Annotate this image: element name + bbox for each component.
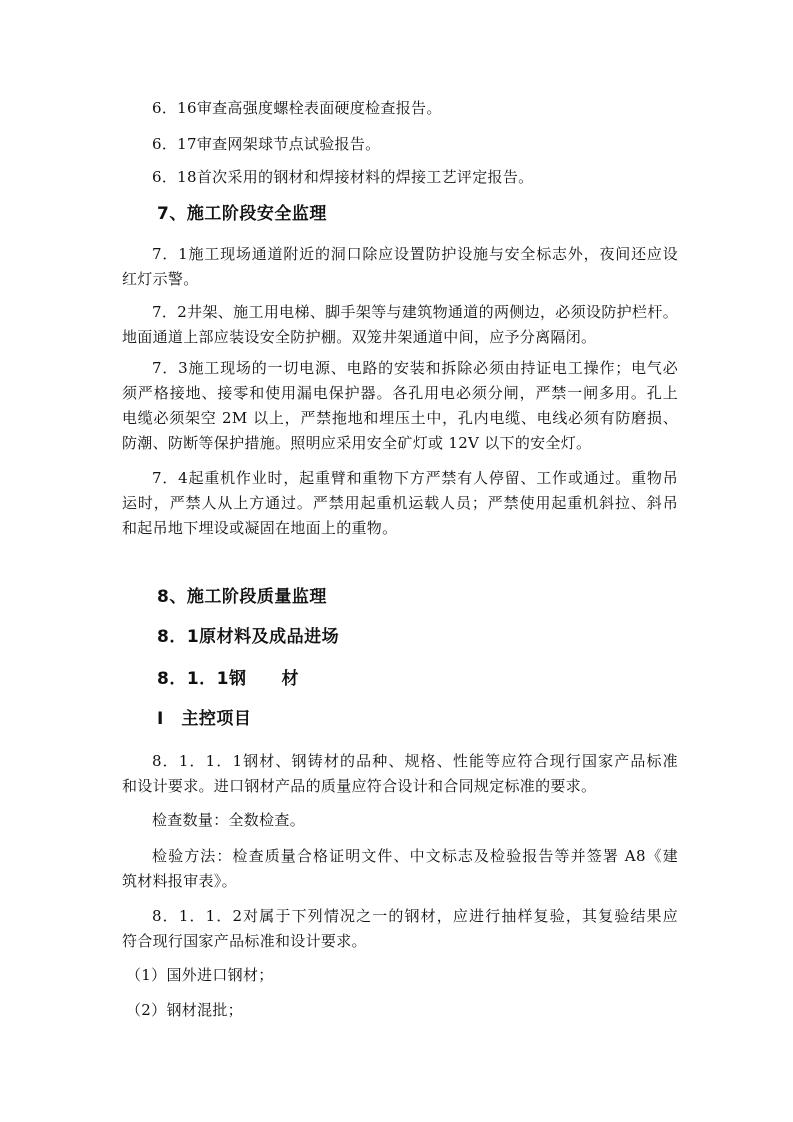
para-7-3-line1: 7．3施工现场的一切电源、电路的安装和拆除必须由持证电工操作；电气必 [152, 356, 678, 381]
section-8-1-heading: 8．1原材料及成品进场 [157, 625, 713, 650]
main-control-items-heading: Ⅰ 主控项目 [157, 707, 713, 732]
item-6-17: 6．17审查网架球节点试验报告。 [152, 132, 678, 157]
para-7-1-line2: 红灯示警。 [122, 267, 678, 292]
list-item-1: （1）国外进口钢材； [126, 963, 682, 988]
section-7-heading: 7、施工阶段安全监理 [157, 202, 713, 227]
section-8-heading: 8、施工阶段质量监理 [157, 585, 713, 610]
item-6-18: 6．18首次采用的钢材和焊接材料的焊接工艺评定报告。 [152, 165, 678, 190]
para-8-1-1-2-line2: 符合现行国家产品标准和设计要求。 [122, 929, 678, 954]
para-7-3-line4: 防潮、防断等保护措施。照明应采用安全矿灯或 12V 以下的安全灯。 [122, 431, 678, 456]
item-6-16: 6．16审查高强度螺栓表面硬度检查报告。 [152, 96, 678, 121]
para-7-2-line2: 地面通道上部应装设安全防护棚。双笼井架通道中间，应予分离隔闭。 [122, 325, 678, 350]
para-7-3-line2: 须严格接地、接零和使用漏电保护器。各孔用电必须分闸，严禁一闸多用。孔上 [122, 381, 678, 406]
inspection-quantity: 检查数量：全数检查。 [152, 808, 678, 833]
para-8-1-1-2-line1: 8．1．1．2对属于下列情况之一的钢材，应进行抽样复验，其复验结果应 [152, 904, 678, 929]
inspection-method-line1: 检验方法：检查质量合格证明文件、中文标志及检验报告等并签署 A8《建 [152, 844, 678, 869]
inspection-method-line2: 筑材料报审表》。 [122, 869, 678, 894]
para-7-4-line2: 运时，严禁人从上方通过。严禁用起重机运载人员；严禁使用起重机斜拉、斜吊 [122, 491, 678, 516]
para-7-2-line1: 7．2井架、施工用电梯、脚手架等与建筑物通道的两侧边，必须设防护栏杆。 [152, 300, 678, 325]
para-8-1-1-1-line1: 8．1．1．1钢材、钢铸材的品种、规格、性能等应符合现行国家产品标准 [152, 749, 678, 774]
para-7-4-line1: 7．4起重机作业时，起重臂和重物下方严禁有人停留、工作或通过。重物吊 [152, 466, 678, 491]
list-item-2: （2）钢材混批； [126, 998, 682, 1023]
document-page: 6．16审查高强度螺栓表面硬度检查报告。 6．17审查网架球节点试验报告。 6．… [0, 0, 793, 1122]
para-7-4-line3: 和起吊地下埋设或凝固在地面上的重物。 [122, 516, 678, 541]
para-7-3-line3: 电缆必须架空 2M 以上，严禁拖地和埋压土中，孔内电缆、电线必须有防磨损、 [122, 406, 678, 431]
para-7-1-line1: 7．1施工现场通道附近的洞口除应设置防护设施与安全标志外，夜间还应设 [152, 242, 678, 267]
para-8-1-1-1-line2: 和设计要求。进口钢材产品的质量应符合设计和合同规定标准的要求。 [122, 774, 678, 799]
section-8-1-1-heading: 8．1．1钢 材 [157, 667, 713, 692]
